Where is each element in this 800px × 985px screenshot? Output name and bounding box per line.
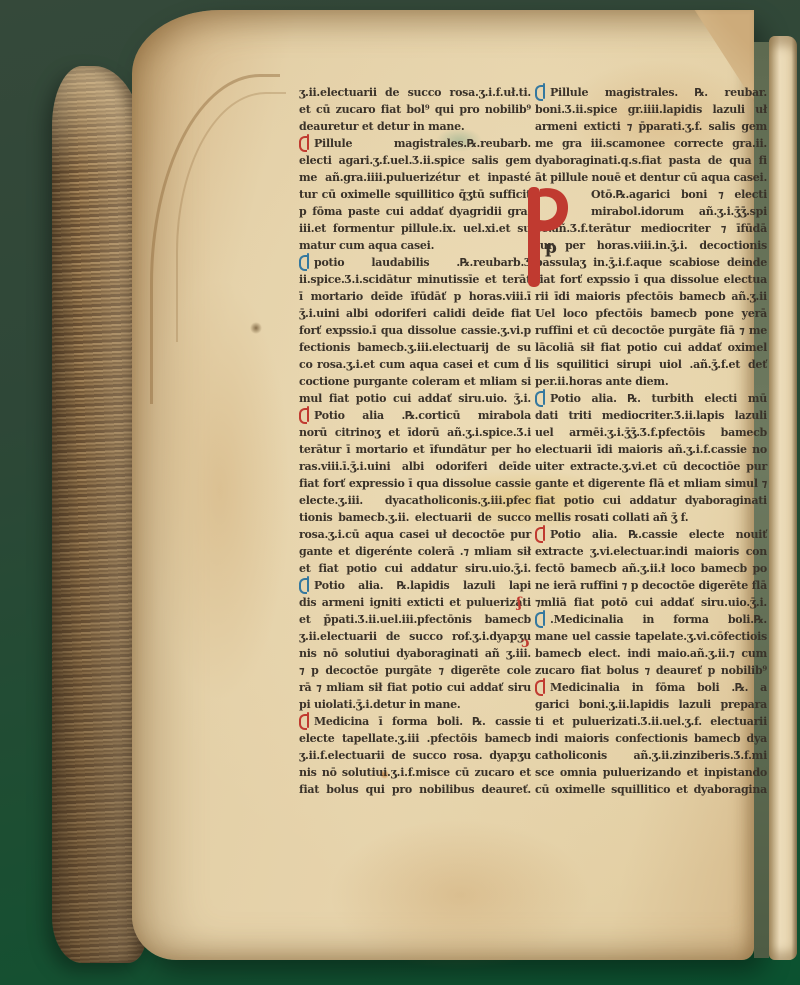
line-text: ʒ.ii.electuarii de succo rof.ʒ.i.dyapʒu bbox=[299, 630, 531, 643]
line-text: rā ⁊ mliam sił fiat potio cui addať siru bbox=[299, 681, 531, 694]
pilcrow-mark bbox=[299, 136, 309, 148]
line-text: mane uel cassie tapelate.ʒ.vi.cōfectiois bbox=[535, 630, 767, 643]
text-line: garici boni.ʒ.ii.lapidis lazuli prepara bbox=[535, 696, 767, 713]
line-text: garici boni.ʒ.ii.lapidis lazuli prepara bbox=[535, 698, 767, 711]
text-line: ʒ.ii.electuarii de succo rosa.ʒ.i.f.uł.t… bbox=[299, 84, 531, 101]
rubric-margin-mark: ɔ bbox=[521, 638, 530, 648]
line-text: Potio alia. ℞.lapidis lazuli lapi bbox=[314, 579, 531, 592]
text-line: matur cum aqua casei. bbox=[299, 237, 531, 254]
line-text: Potio alia. ℞.cassie electe nouiť bbox=[550, 528, 767, 541]
text-line: Pillule magistrales.℞.reubarb. bbox=[299, 135, 531, 152]
text-line: et cū zucaro fiat bol⁹ qui pro nobilib⁹ bbox=[299, 101, 531, 118]
line-text: norū citrinoʒ et īdorū añ.ʒ.i.spice.Ʒ.i bbox=[299, 426, 531, 439]
line-text: fectionis bamecb.ʒ.iii.electuarij de su bbox=[299, 341, 531, 354]
text-line: sce omnia puluerizando et inpistando bbox=[535, 764, 767, 781]
line-text: nis nō solutiui dyaboraginati añ ʒ.iii. bbox=[299, 647, 531, 660]
text-line: Potio alia. ℞. turbith electi mū bbox=[535, 390, 767, 407]
line-text: ⁊ p decoctōe purgāte ⁊ digerēte cole bbox=[299, 664, 531, 677]
text-line: ne ierā ruffini ⁊ p decoctōe digerēte fl… bbox=[535, 577, 767, 594]
line-text: ne ierā ruffini ⁊ p decoctōe digerēte fl… bbox=[535, 579, 767, 592]
line-text: et fiat potio cui addatur siru.uio.ʒ̄.i. bbox=[299, 562, 531, 575]
text-line: .Medicinalia in forma boli.℞. bbox=[535, 611, 767, 628]
line-text: co rosa.ʒ.i.et cum aqua casei et cum d̄ bbox=[299, 358, 531, 371]
text-line: p fōma paste cui addať dyagridii gra. bbox=[299, 203, 531, 220]
text-line: deauretur et detur in mane. bbox=[299, 118, 531, 135]
line-text: mellis rosati collati añ ʒ̄ f. bbox=[535, 511, 688, 524]
line-text: armeni exticti ⁊ p̄parati.ʒ.f. salis gem bbox=[535, 120, 767, 133]
line-text: electi agari.ʒ.f.uel.Ʒ.ii.spice salis ge… bbox=[299, 154, 531, 167]
line-text: me añ.gra.iiii.puluerizétur et inpasté bbox=[299, 171, 531, 184]
text-line: dyaboraginati.q.s.fiat pasta de qua fi bbox=[535, 152, 767, 169]
text-line: electe tapellate.ʒ.iii .pfectōis bamecb bbox=[299, 730, 531, 747]
text-line: uiter extracte.ʒ.vi.et cū decoctiōe pur bbox=[535, 458, 767, 475]
line-text: iii.et formentur pillule.ix. uel.xi.et s… bbox=[299, 222, 531, 235]
text-line: extracte ʒ.vi.electuar.indi maioris con bbox=[535, 543, 767, 560]
line-text: Potio alia. ℞. turbith electi mū bbox=[550, 392, 767, 405]
line-text: Pillule magistrales. ℞. reubar. bbox=[550, 86, 767, 99]
line-text: lācoliā sił fiat potio cui addať oximel bbox=[535, 341, 767, 354]
text-line: fectionis bamecb.ʒ.iii.electuarij de su bbox=[299, 339, 531, 356]
text-line: fiat bolus qui pro nobilibus deaureť. bbox=[299, 781, 531, 798]
pilcrow-mark bbox=[535, 680, 545, 692]
line-text: fectō bamecb añ.ʒ.ii.ł loco bamecb po bbox=[535, 562, 767, 575]
text-line: terātur ī mortario et īfundātur per ho bbox=[299, 441, 531, 458]
text-line: ī mortario deīde īfūdāť p horas.viii.ī bbox=[299, 288, 531, 305]
text-line: ʒ.ii.electuarii de succo rof.ʒ.i.dyapʒu bbox=[299, 628, 531, 645]
text-line: electe.ʒ.iii. dyacatholiconis.ʒ.iii.pfec bbox=[299, 492, 531, 509]
text-line: ʒ̄.i.uini albi odoriferi calidi deīde fi… bbox=[299, 305, 531, 322]
pilcrow-mark bbox=[299, 408, 309, 420]
text-line: potio laudabilis .℞.reubarb.Ʒ bbox=[299, 254, 531, 271]
line-text: matur cum aqua casei. bbox=[299, 239, 434, 252]
text-line: dati triti mediocriter.Ʒ.ii.lapis lazuli bbox=[535, 407, 767, 424]
text-line: Otō.℞.agarici boni ⁊ electi bbox=[535, 186, 767, 203]
line-text: ce.añ.Ʒ.f.terātur mediocriter ⁊ īfūdā bbox=[535, 222, 767, 235]
line-text: nis nō solutiui.ʒ.i.f.misce cū zucaro et bbox=[299, 766, 531, 779]
guide-letter: p bbox=[545, 238, 557, 258]
line-text: catholiconis añ.ʒ.ii.zinziberis.Ʒ.f.mi bbox=[535, 749, 767, 762]
line-text: bamecb elect. indi maio.añ.ʒ.ii.⁊ cum bbox=[535, 647, 767, 660]
line-text: ras.viii.ī.ʒ̄.i.uini albi odoriferi deīd… bbox=[299, 460, 531, 473]
line-text: fiat forť expressio ī qua dissolue cassi… bbox=[299, 477, 531, 490]
line-text: zucaro fiat bolus ⁊ deaureť p nobilib⁹ bbox=[535, 664, 767, 677]
line-text: mul fiat potio cui addať siru.uio. ʒ̄.i. bbox=[299, 392, 531, 405]
line-text: lis squilitici sirupi uiol .añ.ʒ̄.f.et d… bbox=[535, 358, 767, 371]
line-text: .Medicinalia in forma boli.℞. bbox=[550, 613, 767, 626]
text-line: mane uel cassie tapelate.ʒ.vi.cōfectiois bbox=[535, 628, 767, 645]
line-text: electuarii īdi maioris añ.ʒ.i.f.cassie n… bbox=[535, 443, 767, 456]
text-line: Potio alia .℞.corticū mirabola bbox=[299, 407, 531, 424]
text-line: ras.viii.ī.ʒ̄.i.uini albi odoriferi deīd… bbox=[299, 458, 531, 475]
line-text: ii.spice.Ʒ.i.scidātur minutissīe et terā… bbox=[299, 273, 531, 286]
line-text: boni.Ʒ.ii.spice gr.iiii.lapidis lazuli u… bbox=[535, 103, 767, 116]
text-line: electi agari.ʒ.f.uel.Ʒ.ii.spice salis ge… bbox=[299, 152, 531, 169]
line-text: et p̄pati.Ʒ.ii.uel.iii.pfectōnis bamecb bbox=[299, 613, 531, 626]
line-text: ⁊mliā fiat potō cui addať siru.uio.ʒ̄.i. bbox=[535, 596, 767, 609]
text-line: Pillule magistrales. ℞. reubar. bbox=[535, 84, 767, 101]
line-text: uiter extracte.ʒ.vi.et cū decoctiōe pur bbox=[535, 460, 767, 473]
line-text: me gra iii.scamonee correcte gra.ii. bbox=[535, 137, 767, 150]
text-line: Potio alia. ℞.lapidis lazuli lapi bbox=[299, 577, 531, 594]
initial-letter-P: p bbox=[519, 184, 569, 290]
text-line: uel armēi.ʒ.i.ʒ̄ʒ̄.Ʒ.f.pfectōis bamecb bbox=[535, 424, 767, 441]
line-text: mirabol.idorum añ.ʒ.i.ʒ̄ʒ̄.spi bbox=[591, 205, 767, 218]
line-text: potio laudabilis .℞.reubarb.Ʒ bbox=[314, 256, 531, 269]
line-text: Medicinalia in fōma boli .℞. a bbox=[550, 681, 767, 694]
line-text: gante et digerente flā et mliam simul ⁊ bbox=[535, 477, 767, 490]
line-text: rii īdi maioris pfectōis bamecb añ.ʒ.ii bbox=[535, 290, 767, 303]
line-text: āt pillule nouē et dentur cū aqua casei. bbox=[535, 171, 767, 184]
text-line: Medicinalia in fōma boli .℞. a bbox=[535, 679, 767, 696]
line-text: Otō.℞.agarici boni ⁊ electi bbox=[591, 188, 767, 201]
line-text: passulaʒ in.ʒ̄.i.f.aque scabiose deinde bbox=[535, 256, 767, 269]
text-line: pi uiolati.ʒ̄.i.detur in mane. bbox=[299, 696, 531, 713]
line-text: ti et puluerizati.Ʒ.ii.uel.ʒ.f. electuar… bbox=[535, 715, 767, 728]
line-text: sce omnia puluerizando et inpistando bbox=[535, 766, 767, 779]
text-line: passulaʒ in.ʒ̄.i.f.aque scabiose deinde bbox=[535, 254, 767, 271]
text-line: ruffini et cū decoctōe purgāte fiā ⁊ me bbox=[535, 322, 767, 339]
text-line: ʒ.ii.f.electuarii de succo rosa. dyapʒu bbox=[299, 747, 531, 764]
text-column-left: ʒ.ii.electuarii de succo rosa.ʒ.i.f.uł.t… bbox=[299, 84, 531, 798]
pilcrow-mark bbox=[535, 612, 545, 624]
line-text: terātur ī mortario et īfundātur per ho bbox=[299, 443, 531, 456]
line-text: cū oximelle squillitico et dyaboragina bbox=[535, 783, 767, 796]
text-line: Medicina ī forma boli. ℞. cassie bbox=[299, 713, 531, 730]
text-line: nis nō solutiui.ʒ.i.f.misce cū zucaro et bbox=[299, 764, 531, 781]
line-text: p fōma paste cui addať dyagridii gra. bbox=[299, 205, 531, 218]
text-line: bamecb elect. indi maio.añ.ʒ.ii.⁊ cum bbox=[535, 645, 767, 662]
text-line: tur cū oximelle squillitico q̄ʒtū suffic… bbox=[299, 186, 531, 203]
line-text: indi maioris confectionis bamecb dya bbox=[535, 732, 767, 745]
text-line: rosa.ʒ.i.cū aqua casei uł decoctōe pur bbox=[299, 526, 531, 543]
text-line: nis nō solutiui dyaboraginati añ ʒ.iii. bbox=[299, 645, 531, 662]
line-text: fiat forť expssio ī qua dissolue electua bbox=[535, 273, 767, 286]
line-text: rosa.ʒ.i.cū aqua casei uł decoctōe pur bbox=[299, 528, 531, 541]
line-text: Potio alia .℞.corticū mirabola bbox=[314, 409, 531, 422]
text-line: tur per horas.viii.in.ʒ̄.i. decoctionis bbox=[535, 237, 767, 254]
line-text: ʒ.ii.f.electuarii de succo rosa. dyapʒu bbox=[299, 749, 531, 762]
text-line: fiat potio cui addatur dyaboraginati bbox=[535, 492, 767, 509]
text-line: me añ.gra.iiii.puluerizétur et inpasté bbox=[299, 169, 531, 186]
text-line: et p̄pati.Ʒ.ii.uel.iii.pfectōnis bamecb bbox=[299, 611, 531, 628]
line-text: ī mortario deīde īfūdāť p horas.viii.ī bbox=[299, 290, 531, 303]
text-line: gante et digerente flā et mliam simul ⁊ bbox=[535, 475, 767, 492]
text-line: fectō bamecb añ.ʒ.ii.ł loco bamecb po bbox=[535, 560, 767, 577]
text-line: coctione purgante coleram et mliam si bbox=[299, 373, 531, 390]
pilcrow-mark bbox=[299, 714, 309, 726]
line-text: tur per horas.viii.in.ʒ̄.i. decoctionis bbox=[535, 239, 767, 252]
line-text: dyaboraginati.q.s.fiat pasta de qua fi bbox=[535, 154, 767, 167]
line-text: dis armeni igniti exticti et puluerizati bbox=[299, 596, 531, 609]
text-line: norū citrinoʒ et īdorū añ.ʒ.i.spice.Ʒ.i bbox=[299, 424, 531, 441]
line-text: et cū zucaro fiat bol⁹ qui pro nobilib⁹ bbox=[299, 103, 531, 116]
line-text: Uel loco pfectōis bamecb pone yerā bbox=[535, 307, 767, 320]
text-line: co rosa.ʒ.i.et cum aqua casei et cum d̄ bbox=[299, 356, 531, 373]
line-text: electe.ʒ.iii. dyacatholiconis.ʒ.iii.pfec bbox=[299, 494, 531, 507]
pilcrow-mark bbox=[535, 391, 545, 403]
line-text: tur cū oximelle squillitico q̄ʒtū suffic… bbox=[299, 188, 531, 201]
text-line: me gra iii.scamonee correcte gra.ii. bbox=[535, 135, 767, 152]
text-column-right: p Pillule magistrales. ℞. reubar.boni.Ʒ.… bbox=[535, 84, 767, 798]
line-text: gante et digerénte colerā .⁊ mliam sił bbox=[299, 545, 531, 558]
text-line: āt pillule nouē et dentur cū aqua casei. bbox=[535, 169, 767, 186]
line-text: ʒ.ii.electuarii de succo rosa.ʒ.i.f.uł.t… bbox=[299, 86, 531, 99]
text-line: rii īdi maioris pfectōis bamecb añ.ʒ.ii bbox=[535, 288, 767, 305]
text-line: lis squilitici sirupi uiol .añ.ʒ̄.f.et d… bbox=[535, 356, 767, 373]
line-text: fiat potio cui addatur dyaboraginati bbox=[535, 494, 767, 507]
text-line: per.ii.horas ante diem. bbox=[535, 373, 767, 390]
line-text: Pillule magistrales.℞.reubarb. bbox=[314, 137, 531, 150]
text-line: zucaro fiat bolus ⁊ deaureť p nobilib⁹ bbox=[535, 662, 767, 679]
initial-letter-glyph bbox=[519, 184, 569, 290]
text-line: mirabol.idorum añ.ʒ.i.ʒ̄ʒ̄.spi bbox=[535, 203, 767, 220]
line-text: per.ii.horas ante diem. bbox=[535, 375, 668, 388]
text-line: forť expssio.ī qua dissolue cassie.ʒ.vi.… bbox=[299, 322, 531, 339]
text-line: fiat forť expressio ī qua dissolue cassi… bbox=[299, 475, 531, 492]
text-line: rā ⁊ mliam sił fiat potio cui addať siru bbox=[299, 679, 531, 696]
text-line: mellis rosati collati añ ʒ̄ f. bbox=[535, 509, 767, 526]
text-line: Uel loco pfectōis bamecb pone yerā bbox=[535, 305, 767, 322]
pilcrow-mark bbox=[535, 85, 545, 97]
line-text: deauretur et detur in mane. bbox=[299, 120, 464, 133]
text-line: tionis bamecb.ʒ.ii. electuarii de succo bbox=[299, 509, 531, 526]
text-line: ii.spice.Ʒ.i.scidātur minutissīe et terā… bbox=[299, 271, 531, 288]
line-text: uel armēi.ʒ.i.ʒ̄ʒ̄.Ʒ.f.pfectōis bamecb bbox=[535, 426, 767, 439]
pilcrow-mark bbox=[299, 255, 309, 267]
line-text: ruffini et cū decoctōe purgāte fiā ⁊ me bbox=[535, 324, 767, 337]
text-line: lācoliā sił fiat potio cui addať oximel bbox=[535, 339, 767, 356]
text-line: armeni exticti ⁊ p̄parati.ʒ.f. salis gem bbox=[535, 118, 767, 135]
text-line: electuarii īdi maioris añ.ʒ.i.f.cassie n… bbox=[535, 441, 767, 458]
next-page-edge bbox=[769, 36, 797, 960]
text-line: iii.et formentur pillule.ix. uel.xi.et s… bbox=[299, 220, 531, 237]
text-line: dis armeni igniti exticti et puluerizati bbox=[299, 594, 531, 611]
text-line: boni.Ʒ.ii.spice gr.iiii.lapidis lazuli u… bbox=[535, 101, 767, 118]
line-text: dati triti mediocriter.Ʒ.ii.lapis lazuli bbox=[535, 409, 767, 422]
text-line: catholiconis añ.ʒ.ii.zinziberis.Ʒ.f.mi bbox=[535, 747, 767, 764]
text-line: ⁊mliā fiat potō cui addať siru.uio.ʒ̄.i. bbox=[535, 594, 767, 611]
line-text: tionis bamecb.ʒ.ii. electuarii de succo bbox=[299, 511, 531, 524]
line-text: forť expssio.ī qua dissolue cassie.ʒ.vi.… bbox=[299, 324, 531, 337]
pilcrow-mark bbox=[535, 527, 545, 539]
text-line: et fiat potio cui addatur siru.uio.ʒ̄.i. bbox=[299, 560, 531, 577]
text-line: ti et puluerizati.Ʒ.ii.uel.ʒ.f. electuar… bbox=[535, 713, 767, 730]
line-text: Medicina ī forma boli. ℞. cassie bbox=[314, 715, 531, 728]
text-line: Potio alia. ℞.cassie electe nouiť bbox=[535, 526, 767, 543]
text-line: indi maioris confectionis bamecb dya bbox=[535, 730, 767, 747]
line-text: fiat bolus qui pro nobilibus deaureť. bbox=[299, 783, 531, 796]
line-text: ʒ̄.i.uini albi odoriferi calidi deīde fi… bbox=[299, 307, 531, 320]
rubric-margin-mark: ʃ bbox=[517, 598, 522, 608]
text-line: cū oximelle squillitico et dyaboragina bbox=[535, 781, 767, 798]
text-line: gante et digerénte colerā .⁊ mliam sił bbox=[299, 543, 531, 560]
line-text: electe tapellate.ʒ.iii .pfectōis bamecb bbox=[299, 732, 531, 745]
line-text: extracte ʒ.vi.electuar.indi maioris con bbox=[535, 545, 767, 558]
line-text: pi uiolati.ʒ̄.i.detur in mane. bbox=[299, 698, 460, 711]
photo-background: ʒ.ii.electuarii de succo rosa.ʒ.i.f.uł.t… bbox=[0, 0, 800, 985]
text-line: fiat forť expssio ī qua dissolue electua bbox=[535, 271, 767, 288]
text-line: ⁊ p decoctōe purgāte ⁊ digerēte cole bbox=[299, 662, 531, 679]
line-text: coctione purgante coleram et mliam si bbox=[299, 375, 531, 388]
text-line: ce.añ.Ʒ.f.terātur mediocriter ⁊ īfūdā bbox=[535, 220, 767, 237]
pilcrow-mark bbox=[299, 578, 309, 590]
text-line: mul fiat potio cui addať siru.uio. ʒ̄.i. bbox=[299, 390, 531, 407]
